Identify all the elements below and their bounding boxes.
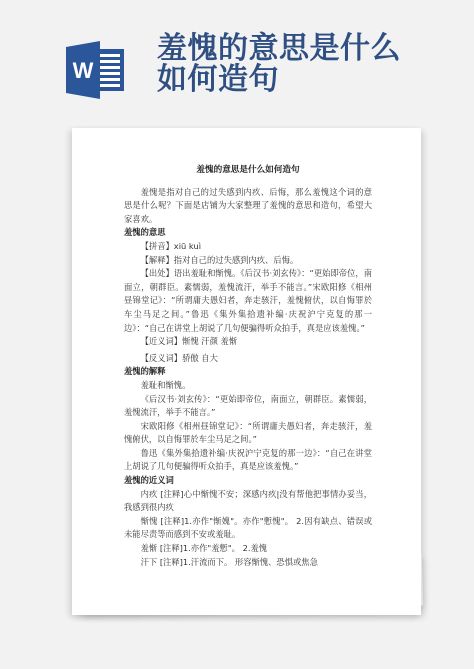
source-paragraph: 【出处】语出羞耻和惭愧。《后汉书·刘玄传》：“更始即帝位，南面立，朝群臣。素懦弱… xyxy=(124,267,372,335)
pinyin-line: 【拼音】xiū kuì xyxy=(124,240,372,254)
page-title-line-1: 羞愧的意思是什么 xyxy=(157,33,401,64)
document-page: 羞愧的意思是什么如何造句 羞愧是指对自己的过失感到内疚、后悔，那么羞愧这个词的意… xyxy=(72,128,421,615)
explanation-paragraph: 羞耻和惭愧。 xyxy=(124,379,372,393)
intro-paragraph: 羞愧是指对自己的过失感到内疚、后悔，那么羞愧这个词的意思是什么呢？下面是店铺为大… xyxy=(124,186,372,227)
page-title: 羞愧的意思是什么 如何造句 xyxy=(157,33,401,95)
section-heading-meaning: 羞愧的意思 xyxy=(124,226,372,240)
section-heading-synonyms: 羞愧的近义词 xyxy=(124,474,372,488)
definition-line: 【解释】指对自己的过失感到内疚、后悔。 xyxy=(124,254,372,268)
document-body: 羞愧的意思是什么如何造句 羞愧是指对自己的过失感到内疚、后悔，那么羞愧这个词的意… xyxy=(124,164,372,569)
explanation-paragraph: 鲁迅《集外集拾遗补编·庆祝沪宁克复的那一边》：“自己在讲堂上胡说了几句便骗得听众… xyxy=(124,447,372,474)
synonym-entry: 羞惭 [注释]1.亦作"羞慙"。 2.羞愧 xyxy=(124,542,372,556)
explanation-paragraph: 《后汉书·刘玄传》：“更始即帝位，南面立，朝群臣。素懦弱，羞愧流汗，举手不能言。… xyxy=(124,393,372,420)
header-banner: W 羞愧的意思是什么 如何造句 xyxy=(0,0,474,120)
antonyms-line: 【反义词】骄傲 自大 xyxy=(124,352,372,366)
svg-text:W: W xyxy=(73,58,94,83)
synonym-entry: 内疚 [注释]心中惭愧不安；深感内疚|没有帮他把事情办妥当，我感到很内疚 xyxy=(124,488,372,515)
synonym-entry: 惭愧 [注释]1.亦作"惭媿"。亦作"慙愧"。 2.因有缺点、错误或未能尽责等而… xyxy=(124,515,372,542)
section-heading-explanation: 羞愧的解释 xyxy=(124,365,372,379)
synonyms-line: 【近义词】惭愧 汗颜 羞惭 xyxy=(124,335,372,349)
synonym-entry: 汗下 [注释]1.汗流而下。 形容惭愧、恐惧或焦急 xyxy=(124,556,372,570)
page-title-line-2: 如何造句 xyxy=(157,64,401,95)
word-document-icon: W xyxy=(66,41,126,99)
document-title: 羞愧的意思是什么如何造句 xyxy=(124,164,372,178)
explanation-paragraph: 宋欧阳修《相州昼锦堂记》：“所谓庸夫愚妇者，奔走骇汗，羞愧俯伏，以自悔罪於车尘马… xyxy=(124,420,372,447)
